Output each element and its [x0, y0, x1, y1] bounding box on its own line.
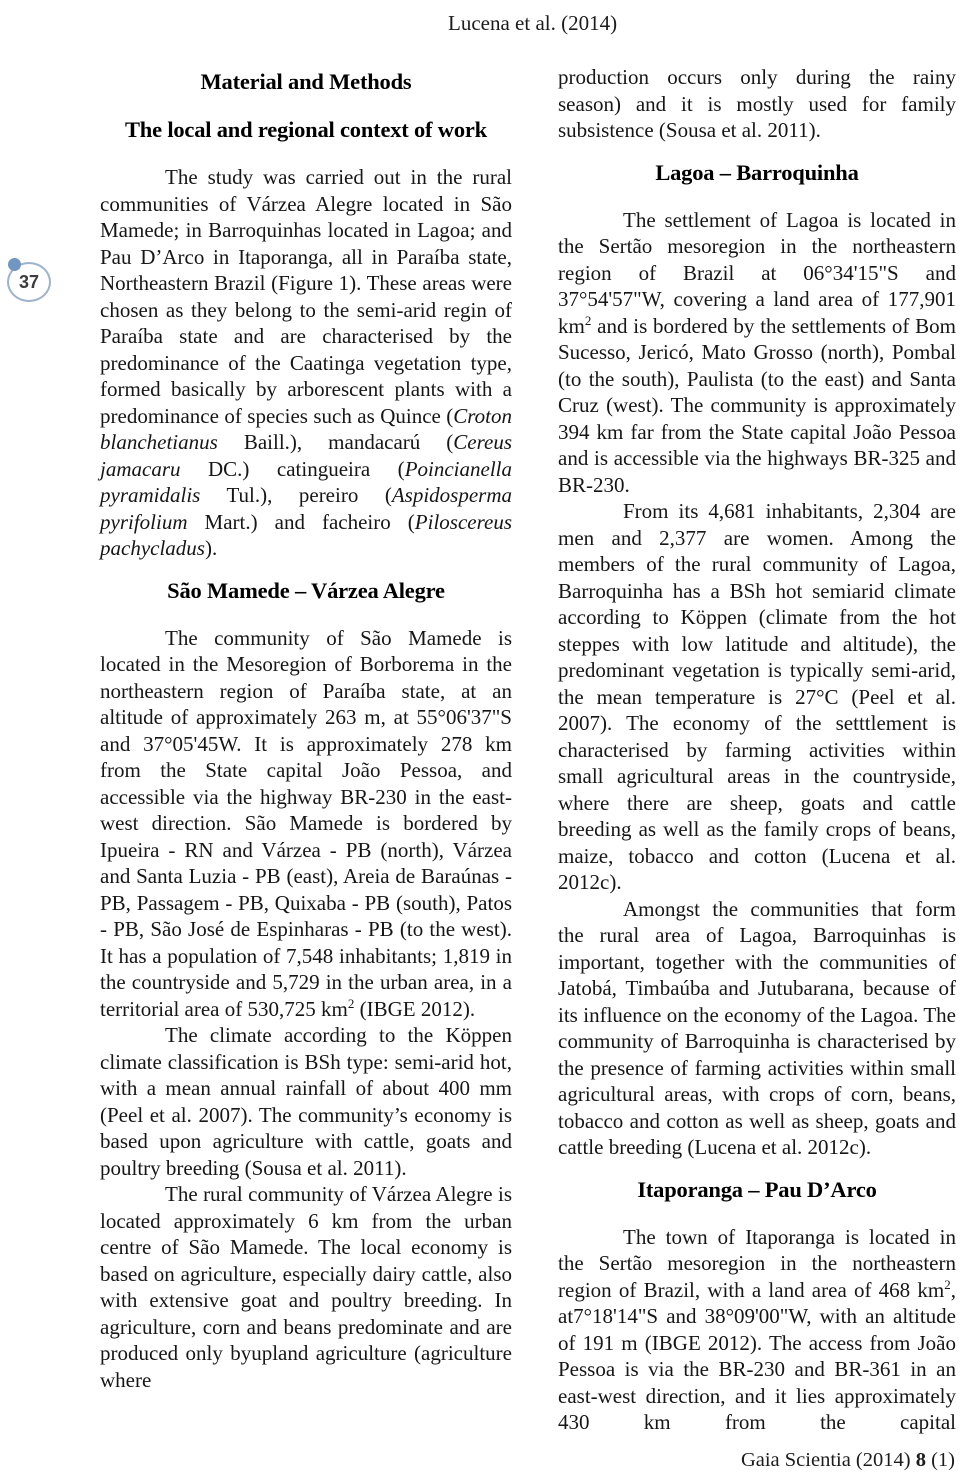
text-run: The town of Itaporanga is located in the…: [558, 1225, 956, 1302]
running-head: Lucena et al. (2014): [448, 10, 617, 36]
page-number: 37: [19, 272, 39, 293]
text-run: The study was carried out in the rural c…: [100, 165, 512, 428]
paragraph: The study was carried out in the rural c…: [100, 164, 512, 562]
text-run: DC.) catingueira (: [181, 457, 405, 481]
text-run: 8: [916, 1449, 926, 1471]
text-run: (IBGE 2012).: [354, 997, 475, 1021]
right-column: production occurs only during the rainy …: [558, 64, 956, 1436]
section-heading: The local and regional context of work: [100, 116, 512, 143]
paragraph: The rural community of Várzea Alegre is …: [100, 1181, 512, 1393]
paragraph: Amongst the communities that form the ru…: [558, 896, 956, 1161]
text-run: ).: [205, 536, 217, 560]
text-run: The community of São Mamede is located i…: [100, 626, 512, 1021]
paragraph: The town of Itaporanga is located in the…: [558, 1224, 956, 1436]
text-run: Baill.), mandacarú (: [218, 430, 453, 454]
text-run: Amongst the communities that form the ru…: [558, 897, 956, 1160]
section-heading: Itaporanga – Pau D’Arco: [558, 1176, 956, 1203]
text-run: production occurs only during the rainy …: [558, 65, 956, 142]
paragraph: The community of São Mamede is located i…: [100, 625, 512, 1023]
section-heading: São Mamede – Várzea Alegre: [100, 577, 512, 604]
paragraph: The settlement of Lagoa is located in th…: [558, 207, 956, 499]
journal-footer: Gaia Scientia (2014) 8 (1): [741, 1448, 955, 1473]
text-run: The climate according to the Köppen clim…: [100, 1023, 512, 1180]
paragraph: From its 4,681 inhabitants, 2,304 are me…: [558, 498, 956, 896]
text-run: (1): [926, 1449, 955, 1471]
text-run: and is bordered by the settlements of Bo…: [558, 314, 956, 497]
paragraph: The climate according to the Köppen clim…: [100, 1022, 512, 1181]
badge-dot-icon: [8, 258, 21, 271]
text-run: Mart.) and facheiro (: [188, 510, 415, 534]
text-run: From its 4,681 inhabitants, 2,304 are me…: [558, 499, 956, 894]
left-column: Material and MethodsThe local and region…: [100, 64, 512, 1393]
text-run: Tul.), pereiro (: [200, 483, 391, 507]
text-run: Gaia Scientia (2014): [741, 1449, 916, 1471]
paragraph: production occurs only during the rainy …: [558, 64, 956, 144]
article-page: Lucena et al. (2014) 37 Material and Met…: [0, 0, 960, 1476]
section-heading: Lagoa – Barroquinha: [558, 159, 956, 186]
text-run: The rural community of Várzea Alegre is …: [100, 1182, 512, 1392]
section-heading: Material and Methods: [100, 68, 512, 95]
